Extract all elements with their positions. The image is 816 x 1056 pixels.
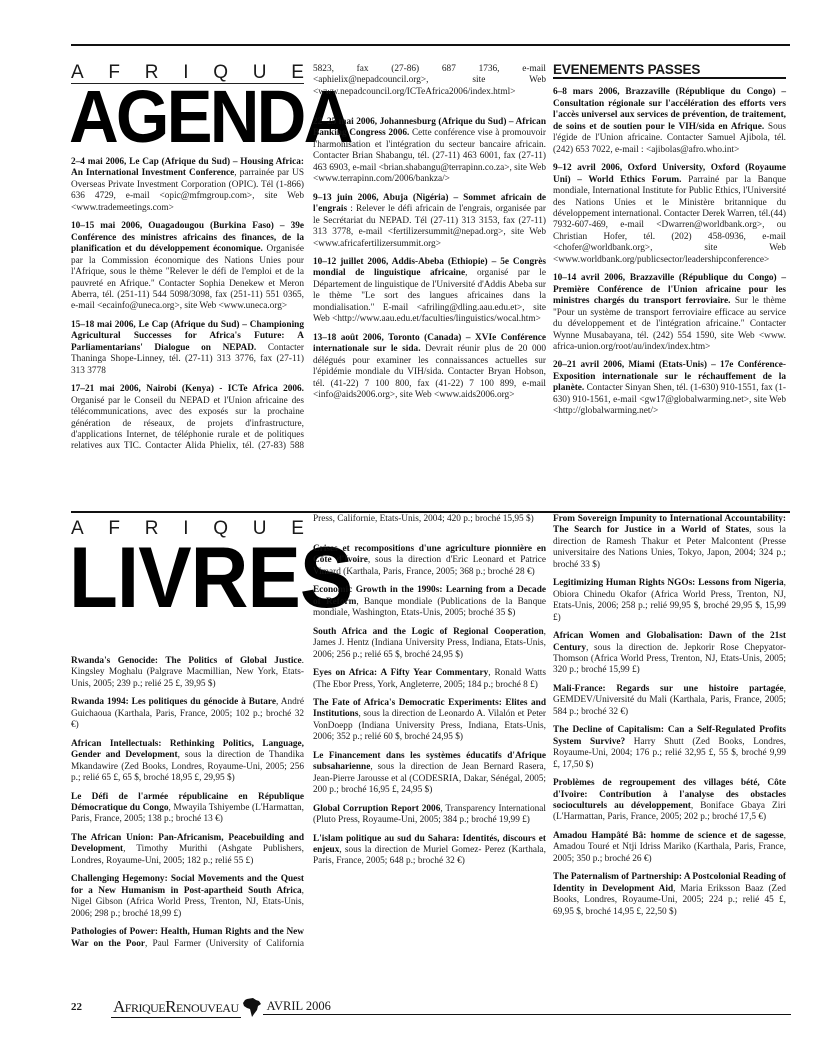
agenda-item: 15–18 mai 2006, Le Cap (Afrique du Sud) … (71, 320, 304, 377)
book-entry: African Women and Globalisation: Dawn of… (553, 631, 786, 677)
book-entry: From Sovereign Impunity to International… (553, 514, 786, 571)
agenda-title: AGENDA (69, 85, 288, 149)
book-entry: Legitimizing Human Rights NGOs: Lessons … (553, 578, 786, 624)
book-entry: Global Corruption Report 2006, Transpare… (313, 804, 546, 827)
top-rule (71, 44, 790, 46)
past-event-item: 6–8 mars 2006, Brazzaville (République d… (553, 87, 786, 156)
book-entry: Rwanda's Genocide: The Politics of Globa… (71, 656, 304, 690)
book-entry: Eyes on Africa: A Fifty Year Commentary,… (313, 668, 546, 691)
livres-column-2: Pathologies of Power: Health, Human Righ… (313, 514, 546, 875)
book-entry: Rwanda 1994: Les politiques du génocide … (71, 697, 304, 731)
agenda-column-2: 17–21 mai 2006, Nairobi (Kenya) - ICTe A… (313, 64, 546, 408)
agenda-item: 2–4 mai 2006, Le Cap (Afrique du Sud) – … (71, 157, 304, 214)
issue-date: AVRIL 2006 (263, 999, 791, 1015)
livres-column-1: AFRIQUE LIVRES Rwanda's Genocide: The Po… (71, 520, 304, 950)
past-event-item: 20–21 avril 2006, Miami (Etats-Unis) – 1… (553, 360, 786, 417)
book-entry: The African Union: Pan-Africanism, Peace… (71, 833, 304, 867)
past-event-item: 10–14 avril 2006, Brazzaville (Républiqu… (553, 273, 786, 353)
book-entry: Mali-France: Regards sur une histoire pa… (553, 684, 786, 718)
book-entry: The Paternalism of Partnership: A Postco… (553, 872, 786, 918)
book-entry: African Intellectuals: Rethinking Politi… (71, 739, 304, 785)
agenda-item: 9–13 juin 2006, Abuja (Nigéria) – Sommet… (313, 193, 546, 250)
agenda-item: 22–25 mai 2006, Johannesburg (Afrique du… (313, 117, 546, 186)
agenda-item-continued: 17–21 mai 2006, Nairobi (Kenya) - ICTe A… (313, 64, 546, 110)
book-entry: Challenging Hegemony: Social Movements a… (71, 874, 304, 920)
agenda-item: 10–15 mai 2006, Ouagadougou (Burkina Fas… (71, 221, 304, 313)
livres-column-3: From Sovereign Impunity to International… (553, 514, 786, 925)
past-event-item: 9–12 avril 2006, Oxford University, Oxfo… (553, 163, 786, 266)
book-entry: Amadou Hampâté Bâ: homme de science et d… (553, 831, 786, 865)
book-entry: South Africa and the Logic of Regional C… (313, 627, 546, 661)
section-divider (71, 511, 790, 513)
agenda-item: 17–21 mai 2006, Nairobi (Kenya) - ICTe A… (71, 384, 304, 452)
book-entry: Problèmes de regroupement des villages b… (553, 778, 786, 824)
book-entry: The Decline of Capitalism: Can a Self-Re… (553, 725, 786, 771)
book-entry: Crises et recompositions d'une agricultu… (313, 544, 546, 578)
agenda-item: 13–18 août 2006, Toronto (Canada) – XVIe… (313, 333, 546, 402)
book-entry-continued: Pathologies of Power: Health, Human Righ… (313, 514, 546, 537)
book-entry: The Fate of Africa's Democratic Experime… (313, 698, 546, 744)
book-entry: L'islam politique au sud du Sahara: Iden… (313, 834, 546, 868)
book-entry: Economic Growth in the 1990s: Learning f… (313, 585, 546, 619)
past-events-title: EVENEMENTS PASSES (553, 64, 786, 79)
publication-logo: AfriqueRenouveau (111, 997, 241, 1018)
livres-title: LIVRES (69, 540, 288, 616)
past-events-column: EVENEMENTS PASSES 6–8 mars 2006, Brazzav… (553, 64, 786, 425)
agenda-column-1: AFRIQUE AGENDA 2–4 mai 2006, Le Cap (Afr… (71, 64, 304, 452)
book-entry: Le Défi de l'armée républicaine en Répub… (71, 792, 304, 826)
agenda-item: 10–12 juillet 2006, Addis-Abeba (Ethiopi… (313, 257, 546, 326)
book-entry: Le Financement dans les systèmes éducati… (313, 751, 546, 797)
page-footer: 22 AfriqueRenouveau AVRIL 2006 (71, 995, 791, 1019)
book-entry: Pathologies of Power: Health, Human Righ… (71, 927, 304, 950)
page-number: 22 (71, 1001, 111, 1013)
africa-map-icon (241, 996, 263, 1018)
